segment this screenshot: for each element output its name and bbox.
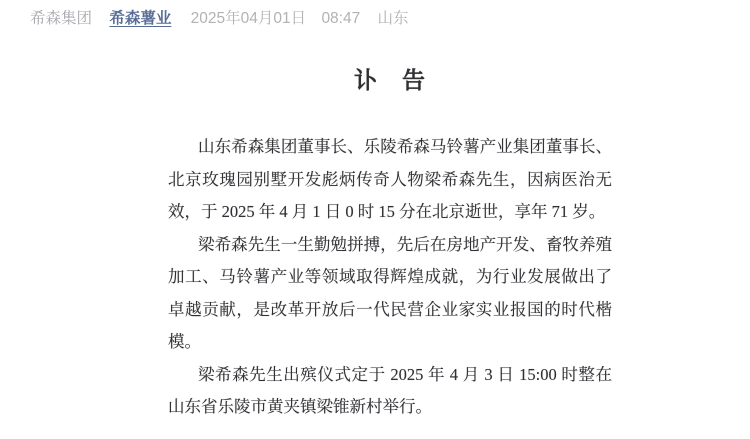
- paragraph-funeral-arrangements: 梁希森先生出殡仪式定于 2025 年 4 月 3 日 15:00 时整在山东省乐…: [168, 359, 612, 424]
- paragraph-life-achievements: 梁希森先生一生勤勉拼搏，先后在房地产开发、畜牧养殖加工、马铃薯产业等领域取得辉煌…: [168, 229, 612, 359]
- obituary-document: 讣 告 山东希森集团董事长、乐陵希森马铃薯产业集团董事长、北京玫瑰园别墅开发彪炳…: [168, 0, 612, 424]
- author-name: 希森集团: [30, 10, 92, 27]
- account-link[interactable]: 希森薯业: [109, 10, 171, 27]
- document-title: 讣 告: [168, 67, 612, 95]
- paragraph-death-notice: 山东希森集团董事长、乐陵希森马铃薯产业集团董事长、北京玫瑰园别墅开发彪炳传奇人物…: [168, 131, 612, 229]
